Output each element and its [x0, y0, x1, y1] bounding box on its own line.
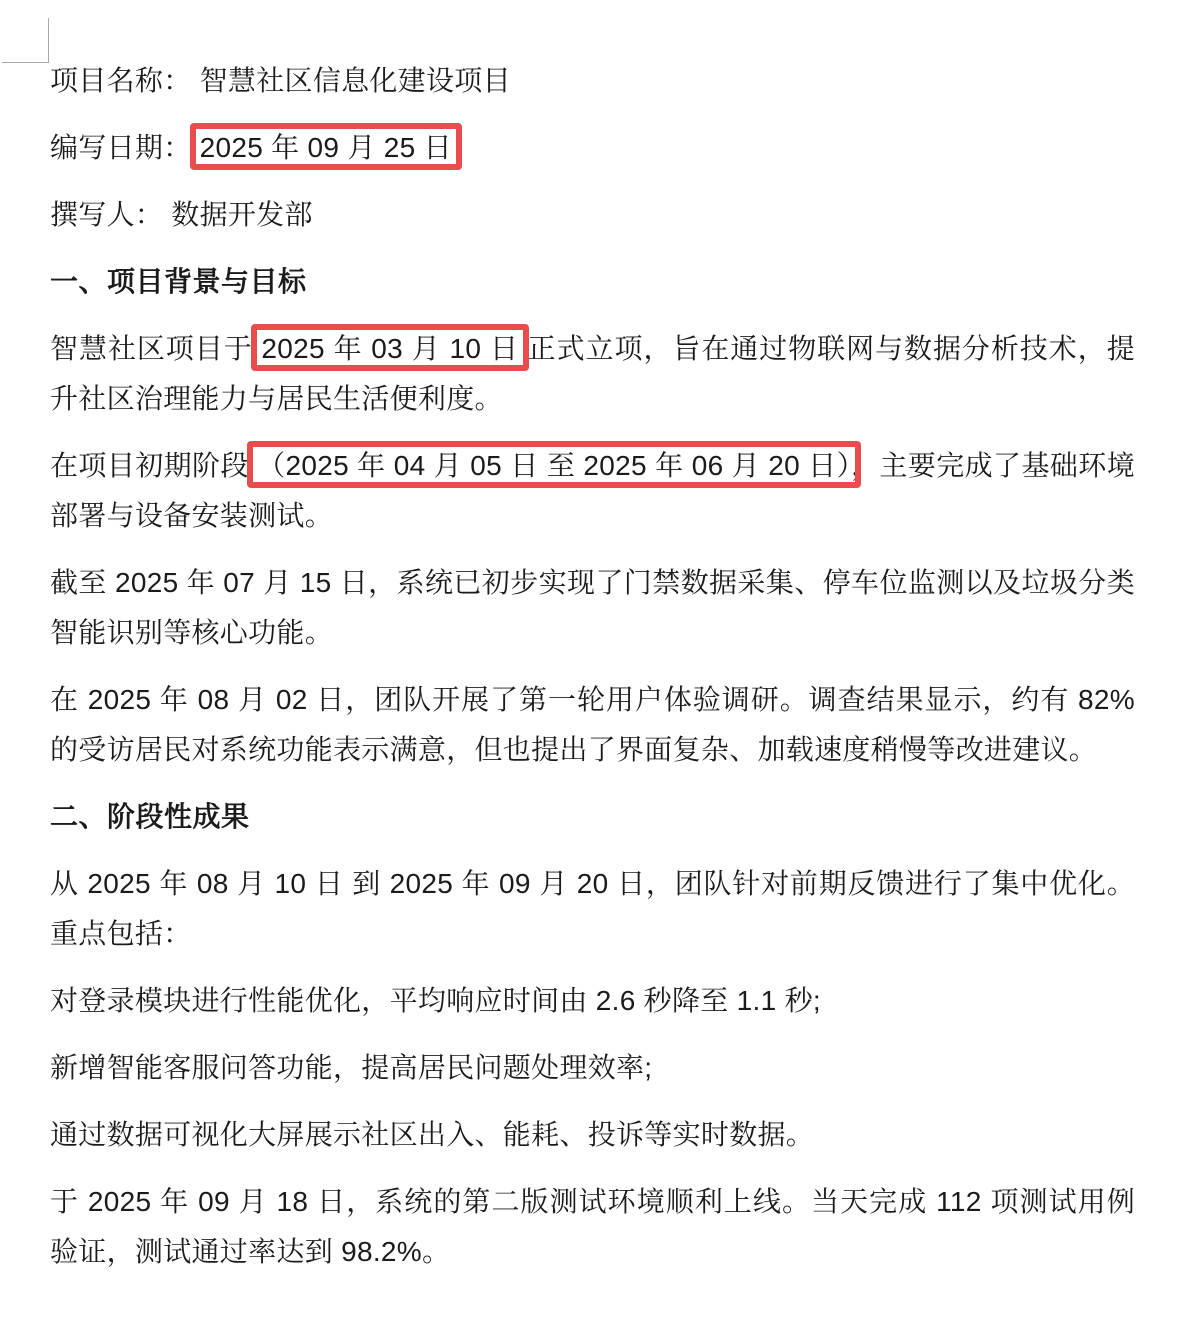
text-run: 新增智能客服问答功能，提高居民问题处理效率; — [50, 1052, 652, 1083]
text-run: 在 2025 年 08 月 02 日，团队开展了第一轮用户体验调研。调查结果显示… — [50, 684, 1135, 765]
para-smart-qa: 新增智能客服问答功能，提高居民问题处理效率; — [50, 1043, 1135, 1093]
para-initial-phase: 在项目初期阶段 （2025 年 04 月 05 日 至 2025 年 06 月 … — [50, 441, 1135, 541]
para-login-optimization: 对登录模块进行性能优化，平均响应时间由 2.6 秒降至 1.1 秒; — [50, 976, 1135, 1026]
para-project-initiation: 智慧社区项目于 2025 年 03 月 10 日 正式立项，旨在通过物联网与数据… — [50, 324, 1135, 424]
para-progress-july: 截至 2025 年 07 月 15 日，系统已初步实现了门禁数据采集、停车位监测… — [50, 558, 1135, 658]
meta-author: 撰写人： 数据开发部 — [50, 190, 1135, 240]
date-annotation-box: （2025 年 04 月 05 日 至 2025 年 06 月 20 日） — [257, 450, 851, 481]
meta-write-date: 编写日期： 2025 年 09 月 25 日 — [50, 123, 1135, 173]
corner-mark-vertical-line — [48, 18, 49, 62]
text-run: 对登录模块进行性能优化，平均响应时间由 2.6 秒降至 1.1 秒; — [50, 985, 821, 1016]
text-run: 项目名称： 智慧社区信息化建设项目 — [50, 65, 511, 96]
text-run: 在项目初期阶段 — [50, 450, 257, 481]
corner-mark-horizontal-line — [2, 62, 49, 63]
text-run: 从 2025 年 08 月 10 日 到 2025 年 09 月 20 日，团队… — [50, 868, 1135, 949]
para-optimization-period: 从 2025 年 08 月 10 日 到 2025 年 09 月 20 日，团队… — [50, 859, 1135, 959]
text-run: 智慧社区项目于 — [50, 333, 261, 364]
para-second-test-release: 于 2025 年 09 月 18 日，系统的第二版测试环境顺利上线。当天完成 1… — [50, 1177, 1135, 1277]
date-annotation-box: 2025 年 09 月 25 日 — [200, 132, 452, 163]
document-body: 项目名称： 智慧社区信息化建设项目编写日期： 2025 年 09 月 25 日撰… — [0, 0, 1185, 1334]
heading-section-1: 一、项目背景与目标 — [50, 257, 1135, 307]
document-page: 项目名称： 智慧社区信息化建设项目编写日期： 2025 年 09 月 25 日撰… — [0, 0, 1185, 1334]
text-run: 撰写人： 数据开发部 — [50, 199, 313, 230]
heading-section-2: 二、阶段性成果 — [50, 792, 1135, 842]
para-survey-august: 在 2025 年 08 月 02 日，团队开展了第一轮用户体验调研。调查结果显示… — [50, 675, 1135, 775]
text-run: 于 2025 年 09 月 18 日，系统的第二版测试环境顺利上线。当天完成 1… — [50, 1186, 1135, 1267]
meta-project-name: 项目名称： 智慧社区信息化建设项目 — [50, 56, 1135, 106]
para-data-dashboard: 通过数据可视化大屏展示社区出入、能耗、投诉等实时数据。 — [50, 1110, 1135, 1160]
text-run: 截至 2025 年 07 月 15 日，系统已初步实现了门禁数据采集、停车位监测… — [50, 567, 1135, 648]
text-run: 通过数据可视化大屏展示社区出入、能耗、投诉等实时数据。 — [50, 1119, 814, 1150]
date-annotation-box: 2025 年 03 月 10 日 — [261, 333, 519, 364]
text-run: 二、阶段性成果 — [50, 801, 250, 832]
text-run: 一、项目背景与目标 — [50, 266, 307, 297]
text-run: 编写日期： — [50, 132, 200, 163]
